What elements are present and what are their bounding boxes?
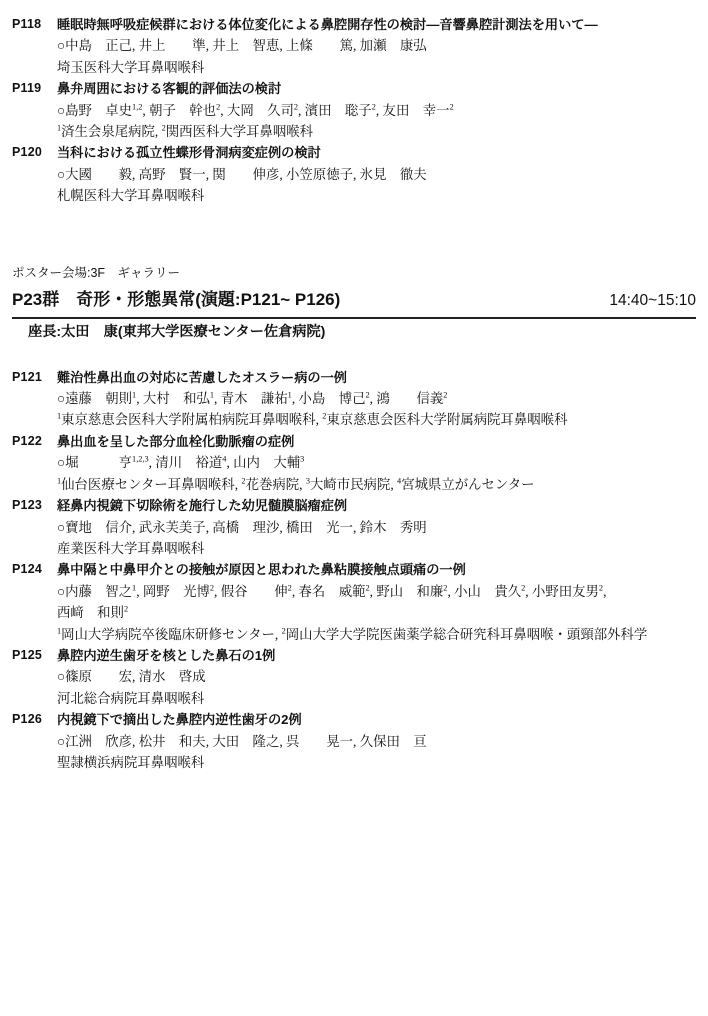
entry-title: 内視鏡下で摘出した鼻腔内逆性歯牙の2例 bbox=[57, 709, 696, 730]
entry-id: P120 bbox=[12, 142, 57, 206]
entry-body: 経鼻内視鏡下切除術を施行した幼児髄膜脳瘤症例 ○寶地 信介, 武永芙美子, 高橋… bbox=[57, 495, 696, 559]
entry-authors: ○中島 正己, 井上 準, 井上 智恵, 上條 篤, 加瀬 康弘 bbox=[57, 35, 696, 56]
entry-body: 鼻出血を呈した部分血栓化動脈瘤の症例 ○堀 亨1,2,3, 清川 裕道4, 山内… bbox=[57, 431, 696, 495]
entry-authors: ○遠藤 朝則1, 大村 和弘1, 青木 謙祐1, 小島 博己2, 鴻 信義2 bbox=[57, 388, 696, 409]
program-entry: P124 鼻中隔と中鼻甲介との接触が原因と思われた鼻粘膜接触点頭痛の一例 ○内藤… bbox=[12, 559, 696, 645]
entry-id: P119 bbox=[12, 78, 57, 142]
entry-affiliation: 河北総合病院耳鼻咽喉科 bbox=[57, 688, 696, 709]
entry-body: 睡眠時無呼吸症候群における体位変化による鼻腔開存性の検討―音響鼻腔計測法を用いて… bbox=[57, 14, 696, 78]
entry-authors: ○島野 卓史1,2, 朝子 幹也2, 大岡 久司2, 濱田 聡子2, 友田 幸一… bbox=[57, 100, 696, 121]
entry-affiliation: 聖隷横浜病院耳鼻咽喉科 bbox=[57, 752, 696, 773]
entry-title: 鼻腔内逆生歯牙を核とした鼻石の1例 bbox=[57, 645, 696, 666]
entry-authors-continued: 西﨑 和則2 bbox=[57, 602, 696, 623]
entry-title: 鼻出血を呈した部分血栓化動脈瘤の症例 bbox=[57, 431, 696, 452]
entry-authors: ○内藤 智之1, 岡野 光博2, 假谷 伸2, 春名 威範2, 野山 和廉2, … bbox=[57, 581, 696, 602]
entry-title: 睡眠時無呼吸症候群における体位変化による鼻腔開存性の検討―音響鼻腔計測法を用いて… bbox=[57, 14, 696, 35]
entry-affiliation: 1仙台医療センター耳鼻咽喉科, 2花巻病院, 3大崎市民病院, 4宮城県立がんセ… bbox=[57, 474, 696, 495]
entry-body: 鼻弁周囲における客観的評価法の検討 ○島野 卓史1,2, 朝子 幹也2, 大岡 … bbox=[57, 78, 696, 142]
entry-body: 難治性鼻出血の対応に苦慮したオスラー病の一例 ○遠藤 朝則1, 大村 和弘1, … bbox=[57, 367, 696, 431]
session-title: P23群 奇形・形態異常(演題:P121~ P126) bbox=[12, 288, 340, 311]
entries-bottom: P121 難治性鼻出血の対応に苦慮したオスラー病の一例 ○遠藤 朝則1, 大村 … bbox=[12, 367, 696, 774]
session-title-row: P23群 奇形・形態異常(演題:P121~ P126) 14:40~15:10 bbox=[12, 288, 696, 312]
entry-title: 経鼻内視鏡下切除術を施行した幼児髄膜脳瘤症例 bbox=[57, 495, 696, 516]
entry-authors: ○寶地 信介, 武永芙美子, 高橋 理沙, 橋田 光一, 鈴木 秀明 bbox=[57, 517, 696, 538]
program-entry: P118 睡眠時無呼吸症候群における体位変化による鼻腔開存性の検討―音響鼻腔計測… bbox=[12, 14, 696, 78]
program-entry: P121 難治性鼻出血の対応に苦慮したオスラー病の一例 ○遠藤 朝則1, 大村 … bbox=[12, 367, 696, 431]
entry-id: P125 bbox=[12, 645, 57, 709]
program-page: P118 睡眠時無呼吸症候群における体位変化による鼻腔開存性の検討―音響鼻腔計測… bbox=[0, 0, 708, 1016]
program-entry: P122 鼻出血を呈した部分血栓化動脈瘤の症例 ○堀 亨1,2,3, 清川 裕道… bbox=[12, 431, 696, 495]
entry-affiliation: 1岡山大学病院卒後臨床研修センター, 2岡山大学大学院医歯薬学総合研究科耳鼻咽喉… bbox=[57, 624, 696, 645]
entry-authors: ○篠原 宏, 清水 啓成 bbox=[57, 666, 696, 687]
entries-top: P118 睡眠時無呼吸症候群における体位変化による鼻腔開存性の検討―音響鼻腔計測… bbox=[12, 14, 696, 207]
poster-venue-label: ポスター会場:3F ギャラリー bbox=[12, 265, 696, 281]
session-divider bbox=[12, 317, 696, 319]
entry-body: 鼻中隔と中鼻甲介との接触が原因と思われた鼻粘膜接触点頭痛の一例 ○内藤 智之1,… bbox=[57, 559, 696, 645]
entry-title: 当科における孤立性蝶形骨洞病変症例の検討 bbox=[57, 142, 696, 163]
entry-affiliation: 1東京慈恵会医科大学附属柏病院耳鼻咽喉科, 2東京慈恵会医科大学附属病院耳鼻咽喉… bbox=[57, 409, 696, 430]
entry-authors: ○江洲 欣彦, 松井 和夫, 大田 隆之, 呉 晃一, 久保田 亘 bbox=[57, 731, 696, 752]
entry-affiliation: 1済生会泉尾病院, 2関西医科大学耳鼻咽喉科 bbox=[57, 121, 696, 142]
program-entry: P120 当科における孤立性蝶形骨洞病変症例の検討 ○大國 毅, 高野 賢一, … bbox=[12, 142, 696, 206]
entry-id: P126 bbox=[12, 709, 57, 773]
entry-body: 鼻腔内逆生歯牙を核とした鼻石の1例 ○篠原 宏, 清水 啓成 河北総合病院耳鼻咽… bbox=[57, 645, 696, 709]
program-entry: P126 内視鏡下で摘出した鼻腔内逆性歯牙の2例 ○江洲 欣彦, 松井 和夫, … bbox=[12, 709, 696, 773]
session-time: 14:40~15:10 bbox=[609, 289, 696, 312]
entry-id: P121 bbox=[12, 367, 57, 431]
entry-affiliation: 埼玉医科大学耳鼻咽喉科 bbox=[57, 57, 696, 78]
program-entry: P123 経鼻内視鏡下切除術を施行した幼児髄膜脳瘤症例 ○寶地 信介, 武永芙美… bbox=[12, 495, 696, 559]
entry-id: P124 bbox=[12, 559, 57, 645]
entry-title: 鼻弁周囲における客観的評価法の検討 bbox=[57, 78, 696, 99]
entry-title: 鼻中隔と中鼻甲介との接触が原因と思われた鼻粘膜接触点頭痛の一例 bbox=[57, 559, 696, 580]
entry-id: P122 bbox=[12, 431, 57, 495]
session-chair: 座長:太田 康(東邦大学医療センター佐倉病院) bbox=[12, 323, 696, 341]
entry-affiliation: 札幌医科大学耳鼻咽喉科 bbox=[57, 185, 696, 206]
entry-affiliation: 産業医科大学耳鼻咽喉科 bbox=[57, 538, 696, 559]
program-entry: P125 鼻腔内逆生歯牙を核とした鼻石の1例 ○篠原 宏, 清水 啓成 河北総合… bbox=[12, 645, 696, 709]
entry-id: P123 bbox=[12, 495, 57, 559]
session-header: ポスター会場:3F ギャラリー P23群 奇形・形態異常(演題:P121~ P1… bbox=[12, 265, 696, 341]
entry-id: P118 bbox=[12, 14, 57, 78]
program-entry: P119 鼻弁周囲における客観的評価法の検討 ○島野 卓史1,2, 朝子 幹也2… bbox=[12, 78, 696, 142]
entry-authors: ○大國 毅, 高野 賢一, 関 伸彦, 小笠原徳子, 氷見 徹夫 bbox=[57, 164, 696, 185]
entry-authors: ○堀 亨1,2,3, 清川 裕道4, 山内 大輔3 bbox=[57, 452, 696, 473]
entry-body: 当科における孤立性蝶形骨洞病変症例の検討 ○大國 毅, 高野 賢一, 関 伸彦,… bbox=[57, 142, 696, 206]
entry-title: 難治性鼻出血の対応に苦慮したオスラー病の一例 bbox=[57, 367, 696, 388]
entry-body: 内視鏡下で摘出した鼻腔内逆性歯牙の2例 ○江洲 欣彦, 松井 和夫, 大田 隆之… bbox=[57, 709, 696, 773]
